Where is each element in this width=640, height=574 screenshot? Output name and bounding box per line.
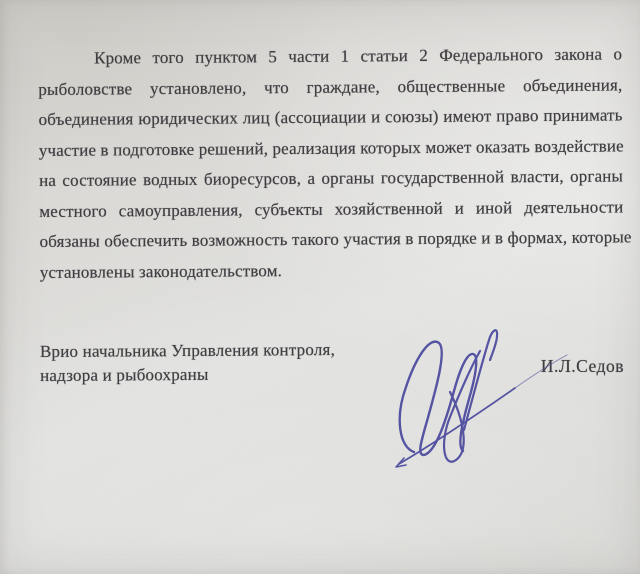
signoff-title-line: Врио начальника Управления контроля, — [40, 338, 335, 364]
paragraph-line: установлены законодательством. — [40, 253, 624, 288]
paragraph-line: обязаны обеспечить возможность такого уч… — [39, 222, 623, 257]
signer-name: И.Л.Седов — [541, 356, 624, 377]
document-paragraph: Кроме того пунктом 5 части 1 статьи 2 Фе… — [38, 39, 624, 288]
signature-stroke — [396, 458, 406, 467]
signoff-title: Врио начальника Управления контроля, над… — [40, 338, 335, 387]
paragraph-line: участие в подготовке решений, реализация… — [39, 131, 623, 166]
signature-stroke — [400, 342, 476, 455]
signature-stroke — [444, 351, 480, 462]
paragraph-line: на состояние водных биоресурсов, а орган… — [39, 161, 623, 196]
paragraph-line: объединения юридических лиц (ассоциации … — [38, 100, 622, 135]
paragraph-line: Кроме того пунктом 5 части 1 статьи 2 Фе… — [38, 39, 622, 74]
signature-stroke — [399, 388, 515, 464]
signoff-title-line: надзора и рыбоохраны — [40, 361, 335, 387]
signature-stroke — [464, 330, 497, 430]
scanned-document-page: Кроме того пунктом 5 части 1 статьи 2 Фе… — [0, 0, 640, 574]
paragraph-line: рыболовстве установлено, что граждане, о… — [38, 70, 622, 105]
paragraph-line: местного самоуправления, субъекты хозяйс… — [39, 192, 623, 227]
